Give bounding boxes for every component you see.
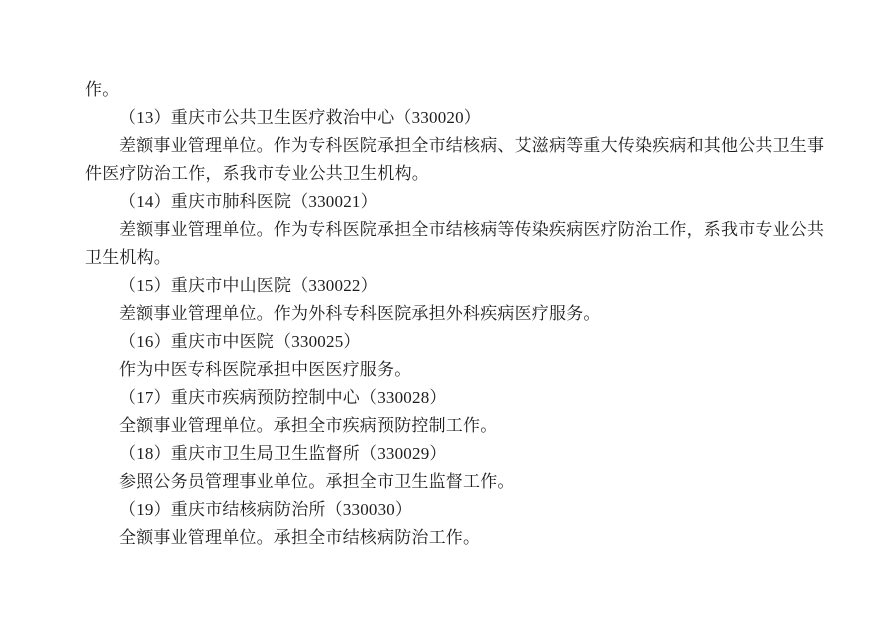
document-line: 作。 [85, 76, 838, 104]
document-line: 差额事业管理单位。作为专科医院承担全市结核病等传染疾病医疗防治工作，系我市专业公… [85, 216, 838, 244]
document-line: 差额事业管理单位。作为专科医院承担全市结核病、艾滋病等重大传染疾病和其他公共卫生… [85, 132, 838, 160]
document-line: 作为中医专科医院承担中医医疗服务。 [85, 356, 838, 384]
document-line: （15）重庆市中山医院（330022） [85, 272, 838, 300]
document-line: （16）重庆市中医院（330025） [85, 328, 838, 356]
document-line: （13）重庆市公共卫生医疗救治中心（330020） [85, 104, 838, 132]
document-line: 差额事业管理单位。作为外科专科医院承担外科疾病医疗服务。 [85, 300, 838, 328]
document-page: 作。（13）重庆市公共卫生医疗救治中心（330020）差额事业管理单位。作为专科… [0, 0, 896, 633]
document-line: （18）重庆市卫生局卫生监督所（330029） [85, 440, 838, 468]
document-line: （17）重庆市疾病预防控制中心（330028） [85, 384, 838, 412]
document-line: 全额事业管理单位。承担全市疾病预防控制工作。 [85, 412, 838, 440]
document-line: 参照公务员管理事业单位。承担全市卫生监督工作。 [85, 468, 838, 496]
document-line: （19）重庆市结核病防治所（330030） [85, 496, 838, 524]
document-line: （14）重庆市肺科医院（330021） [85, 188, 838, 216]
document-line: 卫生机构。 [85, 244, 838, 272]
document-line: 全额事业管理单位。承担全市结核病防治工作。 [85, 524, 838, 552]
document-line: 件医疗防治工作，系我市专业公共卫生机构。 [85, 160, 838, 188]
document-text-block: 作。（13）重庆市公共卫生医疗救治中心（330020）差额事业管理单位。作为专科… [85, 76, 838, 552]
